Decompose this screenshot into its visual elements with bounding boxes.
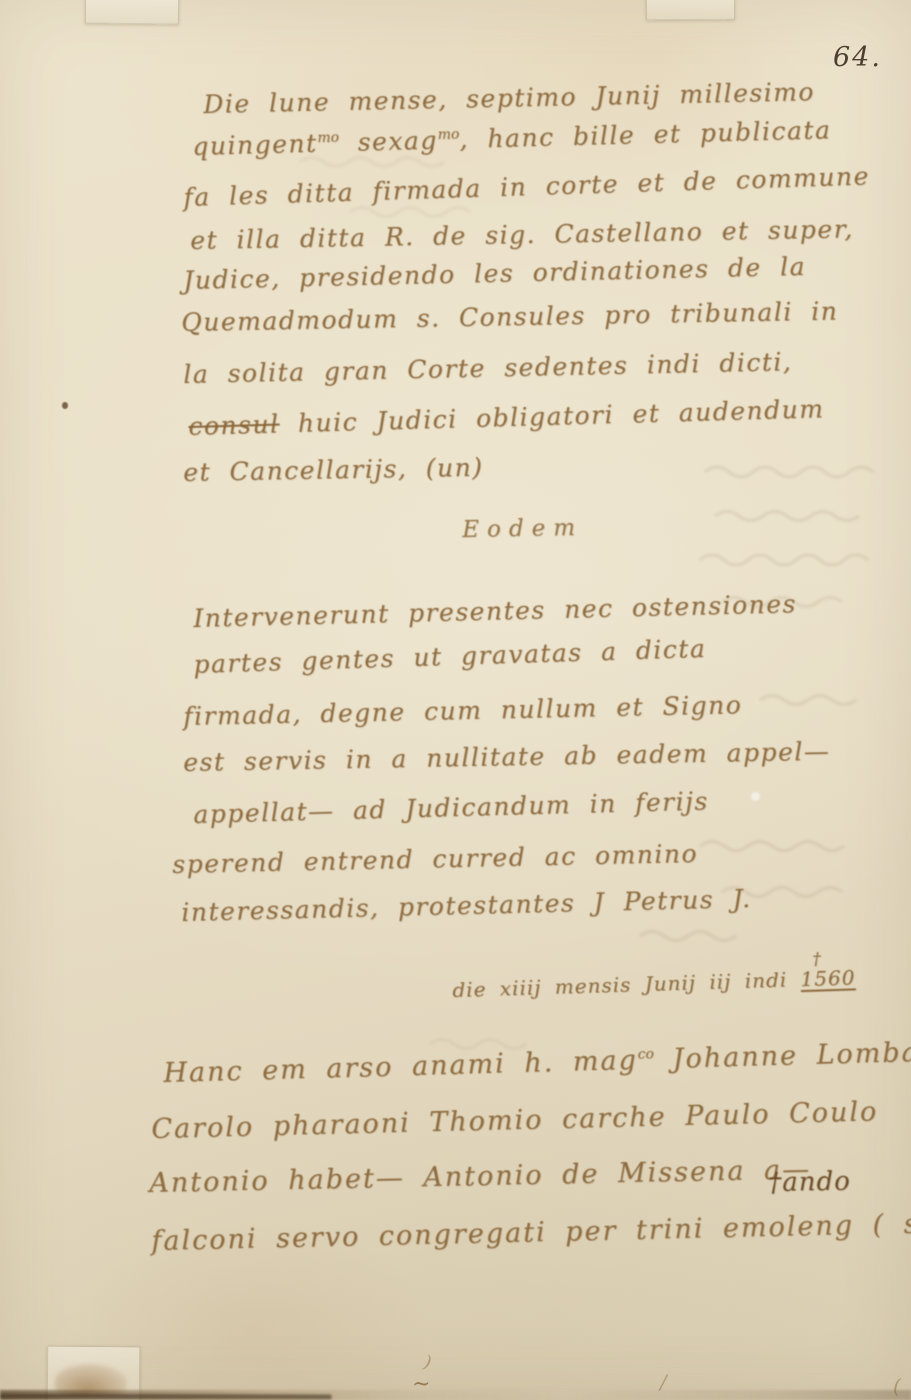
paper-edge-stain	[0, 1394, 332, 1400]
ink-mark-curl: )	[422, 1351, 434, 1373]
manuscript-line: appellat— ad Judicandum in ferijs	[193, 787, 709, 829]
manuscript-line: Intervenerunt presentes nec ostensiones	[193, 589, 797, 633]
manuscript-line: Antonio habet— Antonio de Missena a—	[149, 1154, 811, 1199]
manuscript-line: Hanc em arso anami h. magco Johanne Lomb…	[163, 1035, 911, 1089]
manuscript-line: et illa ditta R. de sig. Castellano et s…	[190, 214, 854, 255]
date-line: die xiiij mensis Junij iij indi 1560 †	[452, 965, 856, 1002]
paper-flaw	[751, 792, 760, 801]
section-heading: Eodem	[462, 515, 583, 543]
manuscript-line: consul huic Judici obligatori et audendu…	[188, 394, 825, 441]
date-year: 1560	[800, 965, 856, 991]
manuscript-line: fa les ditta firmada in corte et de comm…	[183, 161, 870, 212]
manuscript-line: quingentmo sexagmo, hanc bille et public…	[192, 115, 832, 161]
folio-number: 64.	[833, 42, 882, 73]
manuscript-line: est servis in a nullitate ab eadem appel…	[183, 737, 831, 777]
superscript-abbrev: co	[637, 1046, 654, 1062]
manuscript-line: partes gentes ut gravatas a dicta	[193, 634, 707, 679]
manuscript-line: falconi servo congregati per trini emole…	[151, 1208, 911, 1257]
struck-out-word: consul	[188, 409, 280, 441]
word: huic Judici obligatori et audendum	[279, 394, 825, 438]
superscript-abbrev: mo	[317, 130, 339, 147]
interlinear-insertion: †ando	[768, 1167, 851, 1198]
manuscript-line: firmada, degne cum nullum et Signo	[183, 690, 743, 731]
tape-top-left	[85, 0, 179, 24]
manuscript-line: interessandis, protestantes J Petrus J.	[181, 884, 752, 927]
manuscript-line: sperend entrend curred ac omnino	[172, 839, 698, 879]
ink-speck	[62, 402, 68, 409]
manuscript-line: Judice, presidendo les ordinationes de l…	[183, 252, 806, 295]
word: quingent	[192, 129, 318, 161]
word: sexag	[339, 126, 438, 158]
word: Johanne Lombardo	[654, 1035, 911, 1075]
manuscript-page: 64. Die lune mense, septimo Junij milles…	[0, 0, 911, 1400]
manuscript-line: Die lune mense, septimo Junij millesimo	[203, 77, 815, 119]
cross-mark: †	[812, 949, 821, 969]
superscript-abbrev: mo	[437, 127, 459, 144]
word: Hanc em arso anami h. mag	[163, 1045, 638, 1089]
manuscript-line: Quemadmodum s. Consules pro tribunali in	[181, 297, 839, 337]
manuscript-line: la solita gran Corte sedentes indi dicti…	[183, 347, 793, 389]
tape-top-right	[646, 0, 735, 20]
date-text: die xiiij mensis Junij iij indi	[452, 967, 801, 1002]
manuscript-line: Carolo pharaoni Thomio carche Paulo Coul…	[151, 1096, 879, 1145]
manuscript-line: et Cancellarijs, (un)	[183, 453, 484, 487]
word: , hanc bille et publicata	[459, 115, 832, 154]
